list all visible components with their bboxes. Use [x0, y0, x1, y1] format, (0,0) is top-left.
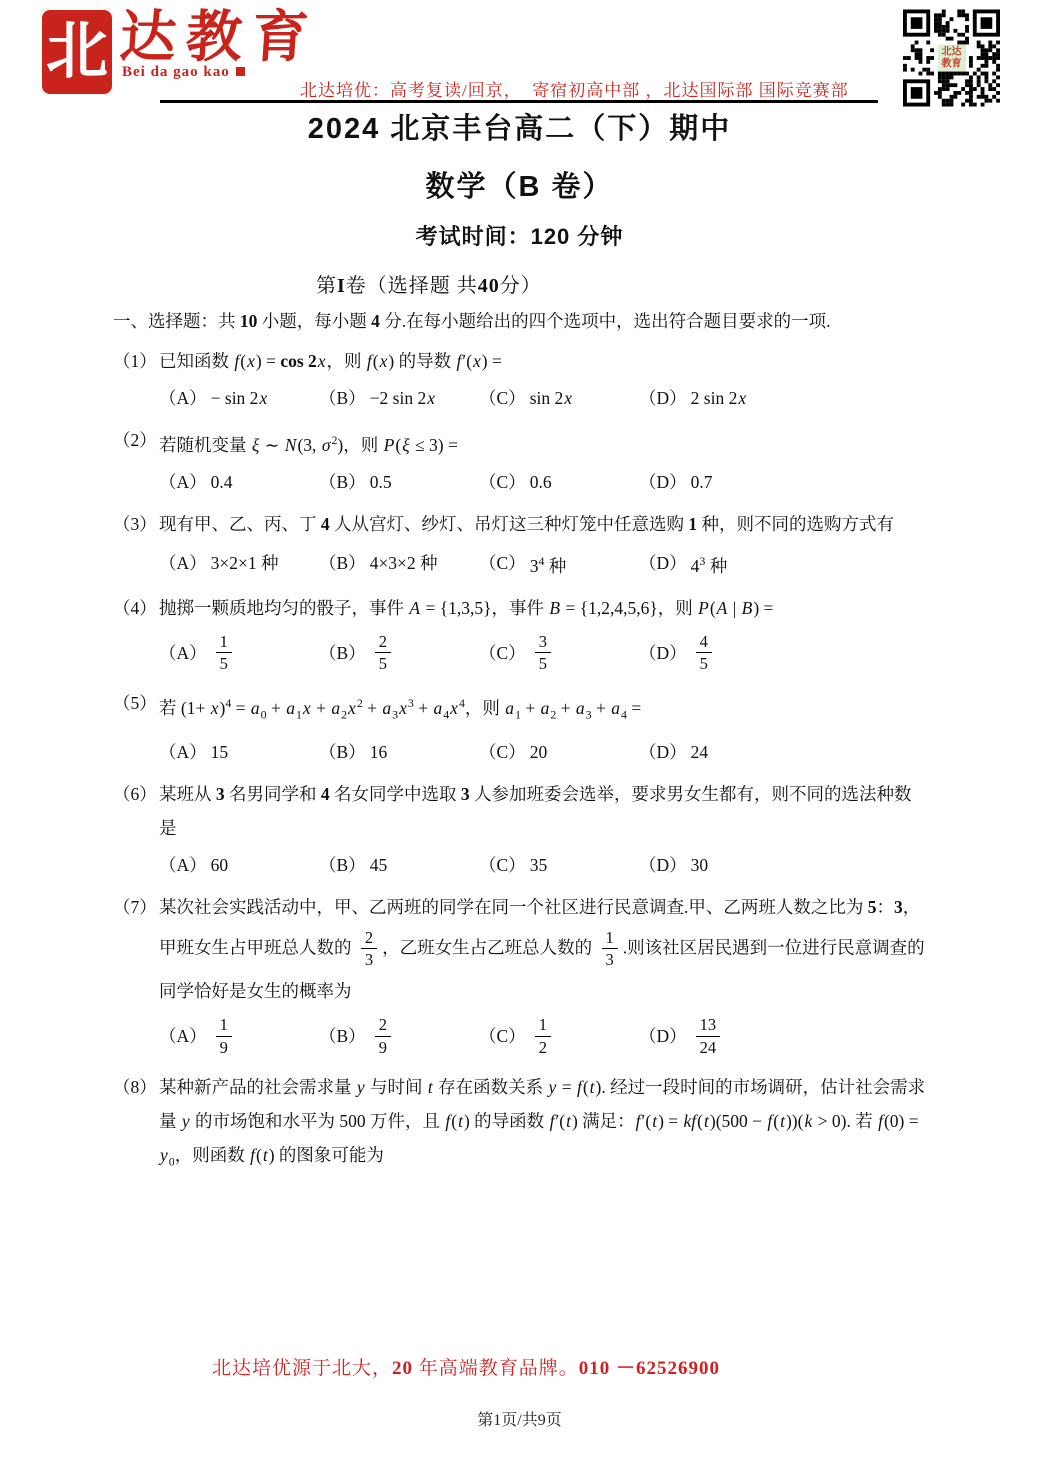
option: （A）0.4 [159, 465, 299, 499]
option-text: −2 sin 2x [370, 381, 436, 415]
qr-code: 北达 教育 [903, 8, 1000, 108]
option-label: （B） [319, 735, 366, 769]
option-label: （D） [639, 848, 687, 882]
option-label: （A） [159, 546, 207, 580]
header-tagline: 北达培优：高考复读/回京， 寄宿初高中部 ，北达国际部 国际竞赛部 [300, 76, 849, 101]
option-text: 20 [530, 735, 548, 769]
question-stem: 若随机变量 ξ ∼ N(3, σ2)，则 P(ξ ≤ 3) =（A）0.4（B）… [159, 423, 928, 504]
option-label: （C） [479, 735, 526, 769]
option-text: 34 种 [530, 544, 567, 583]
question-number: （5） [113, 686, 159, 773]
option-label: （D） [639, 1019, 687, 1053]
question-number: （3） [113, 507, 159, 588]
option: （D）45 [639, 628, 779, 679]
option-text: 12 [530, 1011, 556, 1062]
option: （B）29 [319, 1011, 459, 1062]
question-stem: 某种新产品的社会需求量 y 与时间 t 存在函数关系 y = f(t). 经过一… [159, 1070, 928, 1179]
option: （D）0.7 [639, 465, 779, 499]
option-text: 43 种 [691, 544, 728, 583]
option: （C）20 [479, 735, 619, 769]
option-text: 3×2×1 种 [211, 546, 279, 580]
option-text: 0.6 [530, 465, 552, 499]
option-label: （B） [319, 1019, 366, 1053]
option-label: （A） [159, 636, 207, 670]
fraction: 23 [361, 928, 377, 971]
question-list: （1）已知函数 f(x) = cos 2x，则 f(x) 的导数 f′(x) =… [113, 344, 928, 1178]
option-label: （D） [639, 381, 687, 415]
question-options: （A）15（B）16（C）20（D）24 [159, 735, 928, 769]
option-text: 1324 [691, 1011, 726, 1062]
question-number: （8） [113, 1070, 159, 1179]
option-text: 35 [530, 848, 548, 882]
question-stem: 若 (1+ x)4 = a0 + a1x + a2x2 + a3x3 + a4x… [159, 686, 928, 773]
qr-label-line2: 教育 [942, 58, 962, 70]
option: （A）3×2×1 种 [159, 546, 299, 580]
option: （A）15 [159, 735, 299, 769]
option-label: （C） [479, 465, 526, 499]
option-text: 35 [530, 628, 556, 679]
question-options: （A）60（B）45（C）35（D）30 [159, 848, 928, 882]
option-label: （C） [479, 546, 526, 580]
option-text: 25 [370, 628, 396, 679]
footer-slogan: 北达培优源于北大，20 年高端教育品牌。010 －62526900 [0, 1353, 932, 1380]
option-label: （C） [479, 848, 526, 882]
question-options: （A）15（B）25（C）35（D）45 [159, 628, 928, 679]
logo-script-text: 达教育 [118, 8, 320, 70]
fraction: 15 [216, 632, 232, 675]
question-stem: 某班从 3 名男同学和 4 名女同学中选取 3 人参加班委会选举，要求男女生都有… [159, 777, 928, 887]
question-number: （7） [113, 890, 159, 1067]
option: （B）4×3×2 种 [319, 546, 459, 580]
question-options: （A）− sin 2x（B）−2 sin 2x（C）sin 2x（D）2 sin… [159, 381, 928, 415]
option-label: （D） [639, 465, 687, 499]
option-label: （B） [319, 465, 366, 499]
option-text: 45 [691, 628, 717, 679]
question-number: （1） [113, 344, 159, 420]
option-text: − sin 2x [211, 381, 269, 415]
option: （A）60 [159, 848, 299, 882]
question: （2）若随机变量 ξ ∼ N(3, σ2)，则 P(ξ ≤ 3) =（A）0.4… [113, 423, 928, 504]
question: （7）某次社会实践活动中，甲、乙两班的同学在同一个社区进行民意调查.甲、乙两班人… [113, 890, 928, 1067]
section-intro: 一、选择题：共 10 小题，每小题 4 分.在每小题给出的四个选项中，选出符合题… [113, 305, 928, 337]
option-text: 0.5 [370, 465, 392, 499]
option-text: sin 2x [530, 381, 573, 415]
question: （5）若 (1+ x)4 = a0 + a1x + a2x2 + a3x3 + … [113, 686, 928, 773]
option-text: 4×3×2 种 [370, 546, 438, 580]
question: （4）抛掷一颗质地均匀的骰子，事件 A = {1,3,5}，事件 B = {1,… [113, 591, 928, 684]
question: （6）某班从 3 名男同学和 4 名女同学中选取 3 人参加班委会选举，要求男女… [113, 777, 928, 887]
option-text: 0.7 [691, 465, 713, 499]
option-label: （D） [639, 636, 687, 670]
option: （D）24 [639, 735, 779, 769]
option-label: （A） [159, 381, 207, 415]
option-text: 2 sin 2x [691, 381, 747, 415]
option-text: 45 [370, 848, 388, 882]
question-options: （A）3×2×1 种（B）4×3×2 种（C）34 种（D）43 种 [159, 544, 928, 583]
question-stem: 抛掷一颗质地均匀的骰子，事件 A = {1,3,5}，事件 B = {1,2,4… [159, 591, 928, 684]
header-divider [160, 100, 878, 103]
fraction: 13 [602, 928, 618, 971]
exam-subtitle: 数学（B 卷） [0, 164, 1039, 205]
option: （D）2 sin 2x [639, 381, 779, 415]
option: （D）30 [639, 848, 779, 882]
option: （C）35 [479, 848, 619, 882]
option: （B）25 [319, 628, 459, 679]
option: （D）1324 [639, 1011, 779, 1062]
option: （C）35 [479, 628, 619, 679]
option-text: 16 [370, 735, 388, 769]
option-text: 19 [211, 1011, 237, 1062]
option-label: （A） [159, 735, 207, 769]
option-label: （C） [479, 1019, 526, 1053]
option: （A）− sin 2x [159, 381, 299, 415]
fraction: 29 [375, 1015, 391, 1058]
questions-area: 一、选择题：共 10 小题，每小题 4 分.在每小题给出的四个选项中，选出符合题… [113, 305, 928, 1181]
option-text: 15 [211, 628, 237, 679]
page-number: 第1页/共9页 [0, 1407, 1039, 1430]
question-number: （4） [113, 591, 159, 684]
option-label: （B） [319, 636, 366, 670]
option: （B）16 [319, 735, 459, 769]
question: （3）现有甲、乙、丙、丁 4 人从宫灯、纱灯、吊灯这三种灯笼中任意选购 1 种，… [113, 507, 928, 588]
question-number: （6） [113, 777, 159, 887]
option-text: 60 [211, 848, 229, 882]
option-label: （A） [159, 848, 207, 882]
exam-duration: 考试时间：120 分钟 [0, 220, 1039, 251]
fraction: 1324 [696, 1015, 721, 1058]
logo-stamp-char: 北 [46, 21, 108, 83]
option-text: 15 [211, 735, 229, 769]
option-label: （D） [639, 735, 687, 769]
option: （D）43 种 [639, 544, 779, 583]
option: （A）15 [159, 628, 299, 679]
option: （C）34 种 [479, 544, 619, 583]
option-label: （B） [319, 848, 366, 882]
qr-center-label: 北达 教育 [938, 45, 966, 72]
option: （B）0.5 [319, 465, 459, 499]
logo-text-block: 达教育 Bei da gao kao [120, 8, 318, 81]
exam-title: 2024 北京丰台高二（下）期中 [0, 106, 1039, 147]
section-heading: 第I卷（选择题 共40分） [316, 269, 542, 298]
question-stem: 已知函数 f(x) = cos 2x，则 f(x) 的导数 f′(x) =（A）… [159, 344, 928, 420]
fraction: 25 [375, 632, 391, 675]
question-stem: 某次社会实践活动中，甲、乙两班的同学在同一个社区进行民意调查.甲、乙两班人数之比… [159, 890, 928, 1067]
option: （B）−2 sin 2x [319, 381, 459, 415]
logo-stamp-seal: 北 [40, 8, 114, 96]
option-label: （B） [319, 381, 366, 415]
qr-label-line1: 北达 [942, 47, 962, 59]
option-label: （A） [159, 465, 207, 499]
option-label: （D） [639, 546, 687, 580]
option: （C）0.6 [479, 465, 619, 499]
option: （A）19 [159, 1011, 299, 1062]
question: （1）已知函数 f(x) = cos 2x，则 f(x) 的导数 f′(x) =… [113, 344, 928, 420]
option: （C）sin 2x [479, 381, 619, 415]
option: （C）12 [479, 1011, 619, 1062]
option-label: （C） [479, 636, 526, 670]
option-text: 29 [370, 1011, 396, 1062]
option-label: （A） [159, 1019, 207, 1053]
option-text: 30 [691, 848, 709, 882]
question-options: （A）0.4（B）0.5（C）0.6（D）0.7 [159, 465, 928, 499]
option-label: （C） [479, 381, 526, 415]
beida-logo: 北 达教育 Bei da gao kao [40, 8, 318, 96]
fraction: 12 [535, 1015, 551, 1058]
question-stem: 现有甲、乙、丙、丁 4 人从宫灯、纱灯、吊灯这三种灯笼中任意选购 1 种，则不同… [159, 507, 928, 588]
option-label: （B） [319, 546, 366, 580]
fraction: 35 [535, 632, 551, 675]
fraction: 45 [696, 632, 712, 675]
question-options: （A）19（B）29（C）12（D）1324 [159, 1011, 928, 1062]
fraction: 19 [216, 1015, 232, 1058]
question-number: （2） [113, 423, 159, 504]
option-text: 0.4 [211, 465, 233, 499]
option-text: 24 [691, 735, 709, 769]
option: （B）45 [319, 848, 459, 882]
question: （8）某种新产品的社会需求量 y 与时间 t 存在函数关系 y = f(t). … [113, 1070, 928, 1179]
